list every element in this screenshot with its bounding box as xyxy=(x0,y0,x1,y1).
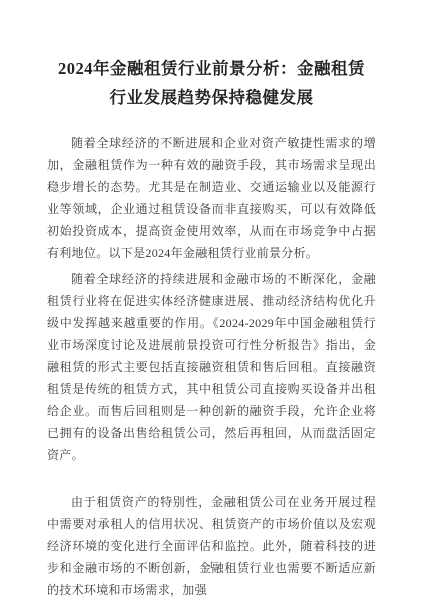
page-number: - 1 - xyxy=(0,560,424,570)
document-page: 2024年金融租赁行业前景分析：金融租赁行业发展趋势保持稳健发展 随着全球经济的… xyxy=(0,0,424,600)
document-title: 2024年金融租赁行业前景分析：金融租赁行业发展趋势保持稳健发展 xyxy=(47,54,376,112)
paragraph-industry-outlook: 随着全球经济的持续进展和金融市场的不断深化，金融租赁行业将在促进实体经济健康进展… xyxy=(47,268,376,466)
paragraph-intro: 随着全球经济的不断进展和企业对资产敏捷性需求的增加，金融租赁作为一种有效的融资手… xyxy=(47,132,376,264)
paragraph-risk-management: 由于租赁资产的特别性，金融租赁公司在业务开展过程中需要对承租人的信用状况、租赁资… xyxy=(47,491,376,600)
